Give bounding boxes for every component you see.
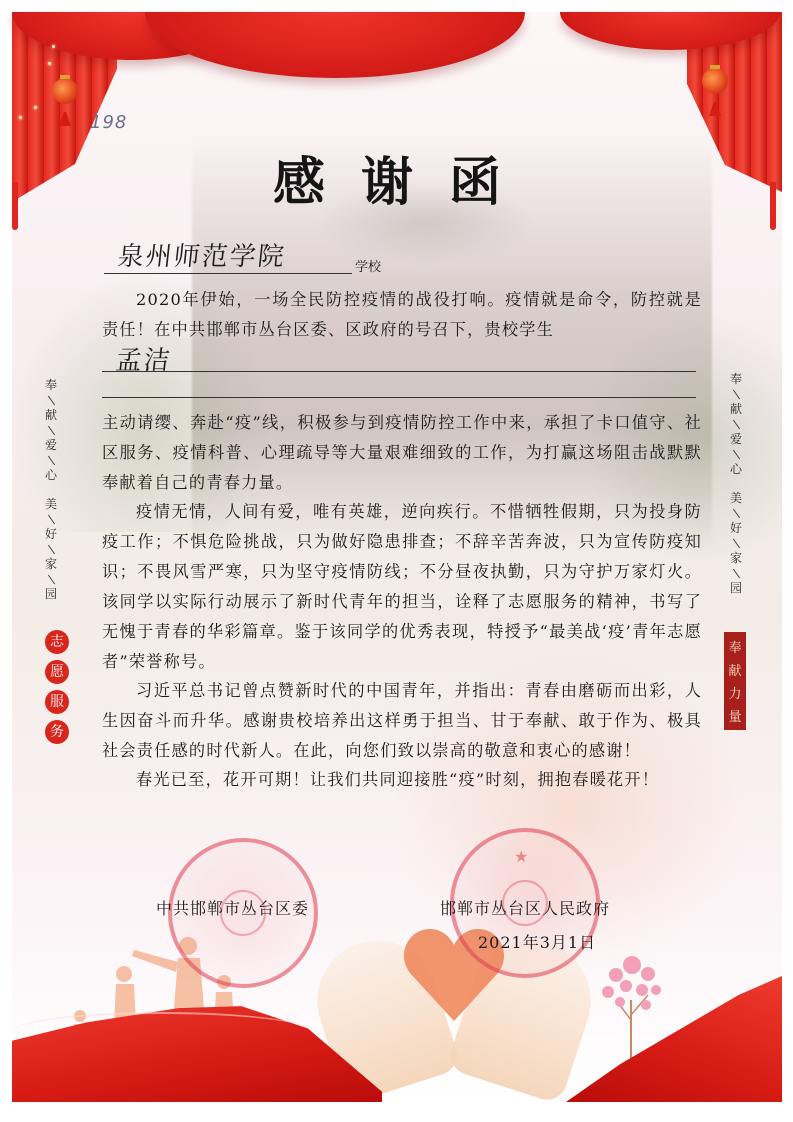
paragraph-thanks: 习近平总书记曾点赞新时代的中国青年，并指出：青春由磨砺而出彩，人生因奋斗而升华。… <box>102 676 702 766</box>
slogan-char: 奉 <box>730 372 742 387</box>
curtain-edge-left <box>12 182 18 230</box>
badge-circle: 服 <box>45 690 69 714</box>
slogan-char: 爱 <box>730 432 742 447</box>
school-label: 学校 <box>355 256 381 275</box>
student-name-handwritten: 孟洁 <box>114 340 174 377</box>
slogan-char: 心 <box>730 462 742 477</box>
sparkle-icon <box>34 106 37 109</box>
signature-district-government: 邯郸市丛台区人民政府 <box>440 896 610 919</box>
issue-date: 2021年3月1日 <box>478 930 596 953</box>
sparkle-icon <box>48 62 51 65</box>
badge-circle: 志 <box>45 630 69 654</box>
slash-divider <box>47 545 54 555</box>
dedication-power-badge: 奉 献 力 量 <box>724 632 746 730</box>
lantern-icon-right <box>702 68 728 94</box>
paragraph-closing: 春光已至，花开可期！让我们共同迎接胜“疫”时刻，拥抱春暖花开！ <box>102 765 702 795</box>
slash-divider <box>732 450 739 460</box>
slogan-char: 家 <box>730 551 742 566</box>
badge-circle: 务 <box>45 720 69 744</box>
paragraph-praise: 疫情无情，人间有爱，唯有英雄，逆向疾行。不惜牺牲假期，只为投身防疫工作；不惧危险… <box>102 497 702 677</box>
slash-divider <box>732 509 739 519</box>
side-slogan-left: 奉 献 爱 心 美 好 家 园 <box>40 378 62 602</box>
signature-party-committee: 中共邯郸市丛台区委 <box>156 896 309 919</box>
slash-divider <box>732 539 739 549</box>
slash-divider <box>47 396 54 406</box>
ribbon-highlight <box>12 1012 312 1052</box>
slash-divider <box>732 569 739 579</box>
student-name-fill-line <box>102 342 696 372</box>
slogan-char: 好 <box>45 527 57 542</box>
star-icon: ★ <box>514 847 528 866</box>
slogan-char: 奉 <box>45 378 57 393</box>
page-title: 感谢函 <box>240 140 570 215</box>
school-name-handwritten: 泉州师范学院 <box>116 236 288 273</box>
badge-circle: 愿 <box>45 660 69 684</box>
slash-divider <box>732 420 739 430</box>
curtain-edge-right <box>770 182 776 230</box>
slogan-char: 献 <box>45 408 57 423</box>
slash-divider <box>47 575 54 585</box>
slash-divider <box>47 515 54 525</box>
slash-divider <box>47 426 54 436</box>
paragraph-contribution: 主动请缨、奔赴“疫”线，积极参与到疫情防控工作中来，承担了卡口值守、社区服务、疫… <box>102 408 702 498</box>
slogan-char: 美 <box>730 491 742 506</box>
slogan-char: 园 <box>730 581 742 596</box>
lantern-icon-left <box>52 78 78 104</box>
handwritten-page-number: 198 <box>90 112 127 133</box>
slogan-char: 好 <box>730 521 742 536</box>
paragraph-intro: 2020年伊始，一场全民防控疫情的战役打响。疫情就是命令，防控就是责任！在中共邯… <box>102 285 702 345</box>
volunteer-service-badges: 志 愿 服 务 <box>45 630 69 744</box>
slogan-char: 家 <box>45 557 57 572</box>
side-slogan-right: 奉 献 爱 心 美 好 家 园 <box>725 372 747 596</box>
slogan-char: 献 <box>730 402 742 417</box>
slogan-char: 心 <box>45 468 57 483</box>
sparkle-icon <box>19 116 22 119</box>
sparkle-icon <box>52 45 55 48</box>
student-name-fill-line-2 <box>102 378 696 398</box>
slogan-char: 美 <box>45 497 57 512</box>
slogan-char: 爱 <box>45 438 57 453</box>
slogan-char: 园 <box>45 587 57 602</box>
slash-divider <box>47 456 54 466</box>
slash-divider <box>732 390 739 400</box>
